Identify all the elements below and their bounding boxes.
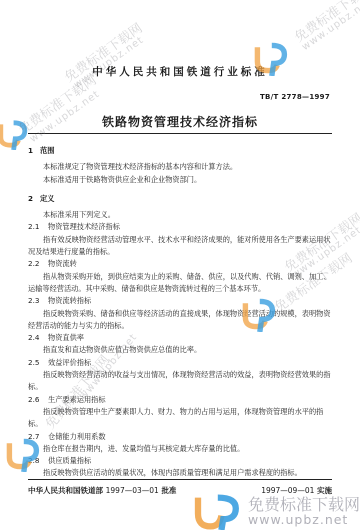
definition-text: 指直发和直达物资供应值占物资供应总值的比率。 [28,344,334,356]
definition-number: 2.5 [28,357,48,369]
approval-org: 中华人民共和国铁道部 [28,486,103,495]
document-page: 中华人民共和国铁道行业标准 TB/T 2778—1997 铁路物资管理技术经济指… [0,0,360,531]
definition-number: 2.6 [28,394,48,406]
upbz-logo-icon [192,494,240,530]
definition-number: 2.1 [28,221,48,233]
definition-term: 物资管理技术经济指标 [48,222,120,231]
paragraph: 本标准规定了物资管理技术经济指标的基本内容和计算方法。 [28,161,334,173]
definition-heading: 2.8供应质量指标 [28,455,334,467]
definition-number: 2.2 [28,258,48,270]
header-divider [28,133,332,134]
definition-text: 指反映物资采购、储备和供应等经济活动的直接成果，体现物资经营活动的规模，表明物资… [28,308,334,333]
definition-text: 指反映物资供应活动的质量状况，体现内部质量管理和满足用户需求程度的指标。 [28,467,334,479]
definition-heading: 2.4物资直供率 [28,332,334,344]
definition-text: 指反映物资管理中生产要素即人力、财力、物力的占用与运用，体现物资管理的水平的指标… [28,406,334,431]
definition-number: 2.3 [28,295,48,307]
section-title: 定义 [40,194,54,203]
paragraph: 本标准适用于铁路物资供应企业和企业物资部门。 [28,174,334,186]
definition-number: 2.8 [28,455,48,467]
approval-date: 1997—03—01 [106,486,159,495]
definition-term: 仓储能力利用系数 [48,432,106,441]
definition-heading: 2.1物资管理技术经济指标 [28,221,334,233]
definition-text: 指仓库在报告期内，进、发量均值与其核定最大库存量的比值。 [28,443,334,455]
definition-heading: 2.7仓储能力利用系数 [28,431,334,443]
definition-number: 2.4 [28,332,48,344]
document-body: 1范围 本标准规定了物资管理技术经济指标的基本内容和计算方法。 本标准适用于铁路… [28,143,334,480]
section-heading-scope: 1范围 [28,145,334,157]
issuing-authority-title: 中华人民共和国铁道行业标准 [0,64,360,79]
definition-number: 2.7 [28,431,48,443]
definition-term: 物资流转指标 [48,296,91,305]
section-title: 范围 [40,146,54,155]
section-number: 1 [28,145,40,157]
paragraph: 本标准采用下列定义。 [28,209,334,221]
section-heading-definitions: 2定义 [28,193,334,205]
watermark-url-large: www.upbz.net [248,512,348,527]
standard-code: TB/T 2778—1997 [260,93,330,101]
approval-label: 批准 [161,486,176,495]
definition-heading: 2.5效益评价指标 [28,357,334,369]
definition-term: 供应质量指标 [48,456,91,465]
footer-divider [28,479,332,480]
definition-term: 物资流转 [48,259,77,268]
section-number: 2 [28,193,40,205]
approval-line: 中华人民共和国铁道部 1997—03—01 批准 [28,485,176,496]
definition-term: 物资直供率 [48,333,84,342]
